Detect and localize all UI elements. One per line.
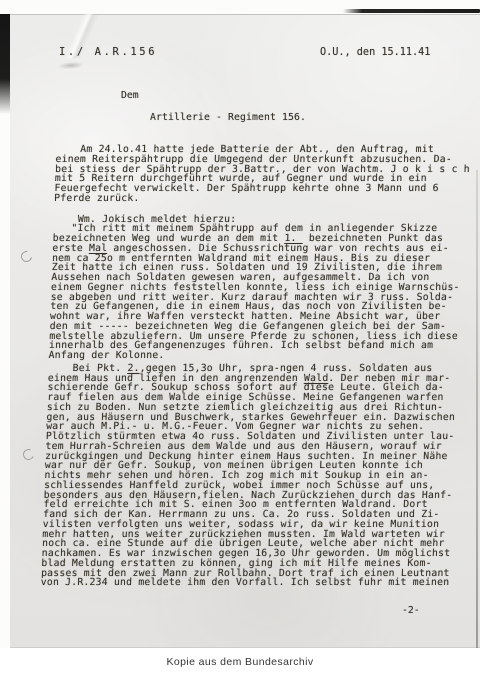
archive-caption: Kopie aus dem Bundesarchiv [167, 656, 314, 668]
text-segment: Anfang der Kolonne. [48, 350, 164, 361]
page-number: -2- [402, 605, 420, 616]
typed-line: von J.R.234 und meldete ihm den Vorfall.… [41, 578, 463, 588]
caption-bar: Kopie aus dem Bundesarchiv [0, 648, 480, 676]
addressee: Artillerie - Regiment 156. [150, 112, 306, 123]
unit-designation: I./ A.R.156 [59, 46, 157, 58]
page-right-edge-shadow [476, 170, 478, 648]
text-segment: Pferde zurück. [54, 193, 140, 204]
typed-line: Pferde zurück. [54, 194, 476, 204]
place-date: O.U., den 15.11.41 [320, 47, 430, 58]
salutation: Dem [121, 90, 139, 101]
typed-line: Anfang der Kolonne. [48, 351, 470, 361]
text-segment: von J.R.234 und meldete ihm den Vorfall.… [41, 577, 450, 588]
typed-body: Am 24.lo.41 hatte jede Batterie der Abt.… [41, 145, 478, 588]
page-top-edge-shadow [343, 9, 480, 13]
binding-shadow [0, 14, 10, 114]
scanned-document-page: I./ A.R.156 O.U., den 15.11.41 Dem Artil… [0, 0, 480, 676]
